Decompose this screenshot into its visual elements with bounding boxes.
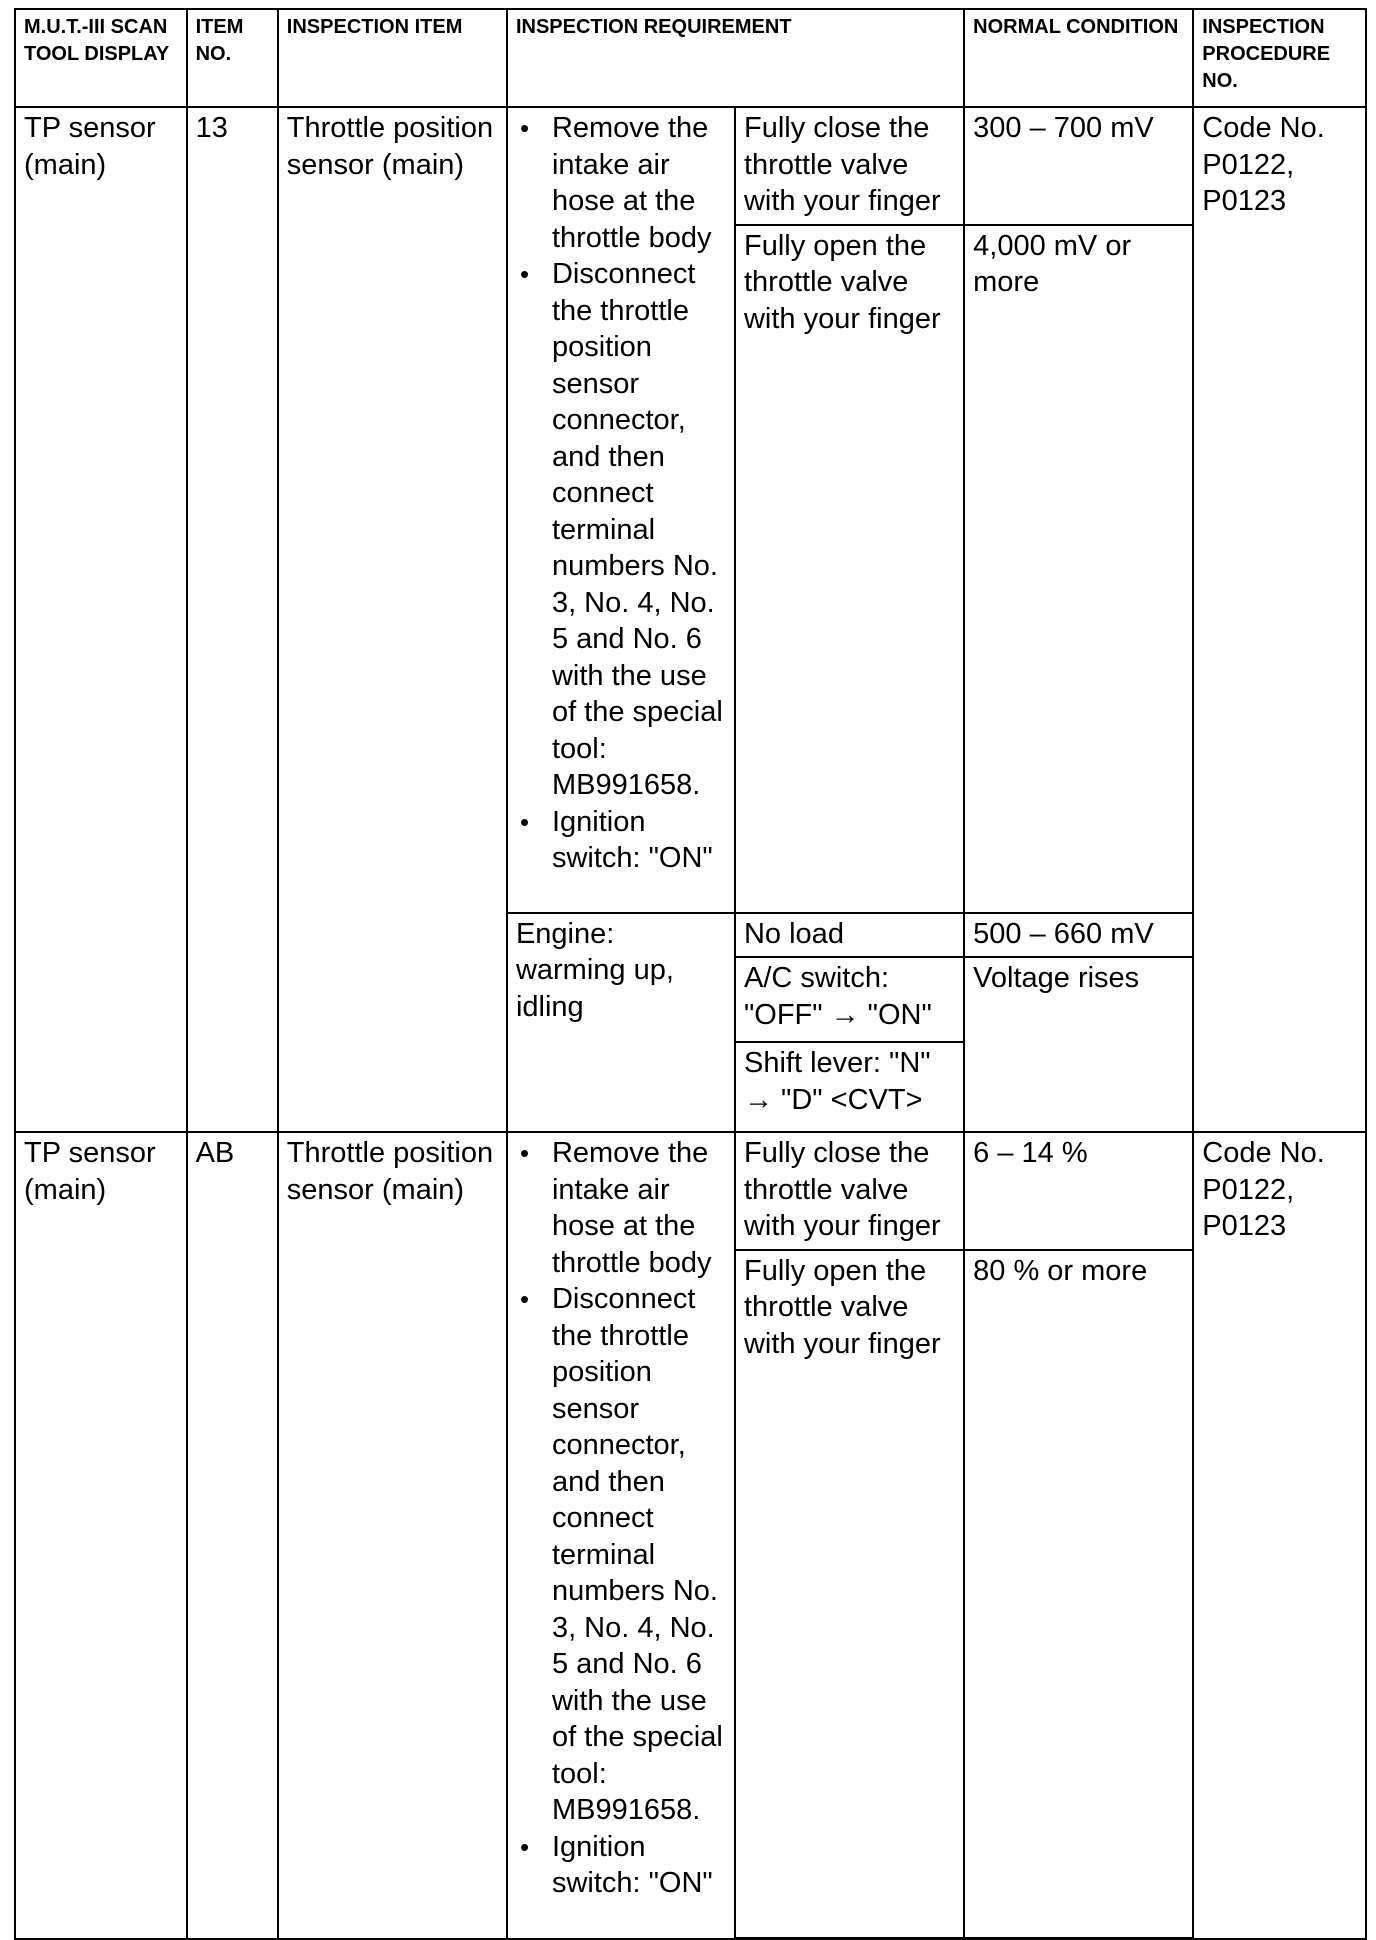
header-item-no: ITEM NO. — [187, 9, 278, 107]
list-item: Remove the intake air hose at the thrott… — [552, 1135, 726, 1281]
inspection-item-cell: Throttle position sensor (main) — [278, 1132, 507, 1939]
header-scan-tool-display: M.U.T.-III SCAN TOOL DISPLAY — [15, 9, 187, 107]
list-item: Disconnect the throttle position sensor … — [552, 1281, 726, 1829]
header-inspection-requirement: INSPECTION REQUIREMENT — [507, 9, 964, 107]
table-row: TP sensor (main) 13 Throttle position se… — [15, 107, 1366, 225]
normal-condition-cell: Voltage rises — [964, 957, 1193, 1132]
prerequisite-list: Remove the intake air hose at the thrott… — [516, 1135, 726, 1902]
requirement-cell: Shift lever: "N" → "D" <CVT> — [735, 1042, 964, 1132]
requirement-cell: Fully open the throttle valve with your … — [735, 1250, 964, 1940]
list-item: Disconnect the throttle position sensor … — [552, 256, 726, 804]
item-no-cell: AB — [187, 1132, 278, 1939]
inspection-table: M.U.T.-III SCAN TOOL DISPLAY ITEM NO. IN… — [14, 8, 1367, 1940]
header-row: M.U.T.-III SCAN TOOL DISPLAY ITEM NO. IN… — [15, 9, 1366, 107]
prerequisite-cell: Remove the intake air hose at the thrott… — [507, 107, 735, 913]
header-normal-condition: NORMAL CONDITION — [964, 9, 1193, 107]
inspection-item-cell: Throttle position sensor (main) — [278, 107, 507, 1132]
normal-condition-cell: 6 – 14 % — [964, 1132, 1193, 1250]
list-item: Ignition switch: "ON" — [552, 804, 726, 877]
engine-state-cell: Engine: warming up, idling — [507, 913, 735, 1133]
header-inspection-procedure-no: INSPECTION PROCEDURE NO. — [1193, 9, 1366, 107]
prerequisite-list: Remove the intake air hose at the thrott… — [516, 110, 726, 877]
procedure-no-cell: Code No. P0122, P0123 — [1193, 107, 1366, 1132]
list-item: Remove the intake air hose at the thrott… — [552, 110, 726, 256]
requirement-cell: Fully close the throttle valve with your… — [735, 107, 964, 225]
procedure-no-cell: Code No. P0122, P0123 — [1193, 1132, 1366, 1939]
prerequisite-cell: Remove the intake air hose at the thrott… — [507, 1132, 735, 1939]
scan-tool-display-cell: TP sensor (main) — [15, 107, 187, 1132]
table-row: TP sensor (main) AB Throttle position se… — [15, 1132, 1366, 1250]
requirement-cell: A/C switch: "OFF" → "ON" — [735, 957, 964, 1042]
list-item: Ignition switch: "ON" — [552, 1829, 726, 1902]
requirement-cell: Fully close the throttle valve with your… — [735, 1132, 964, 1250]
header-inspection-item: INSPECTION ITEM — [278, 9, 507, 107]
normal-condition-cell: 500 – 660 mV — [964, 913, 1193, 958]
item-no-cell: 13 — [187, 107, 278, 1132]
requirement-cell: No load — [735, 913, 964, 958]
scan-tool-display-cell: TP sensor (main) — [15, 1132, 187, 1939]
normal-condition-cell: 300 – 700 mV — [964, 107, 1193, 225]
requirement-cell: Fully open the throttle valve with your … — [735, 225, 964, 913]
normal-condition-cell: 80 % or more — [964, 1250, 1193, 1940]
normal-condition-cell: 4,000 mV or more — [964, 225, 1193, 913]
